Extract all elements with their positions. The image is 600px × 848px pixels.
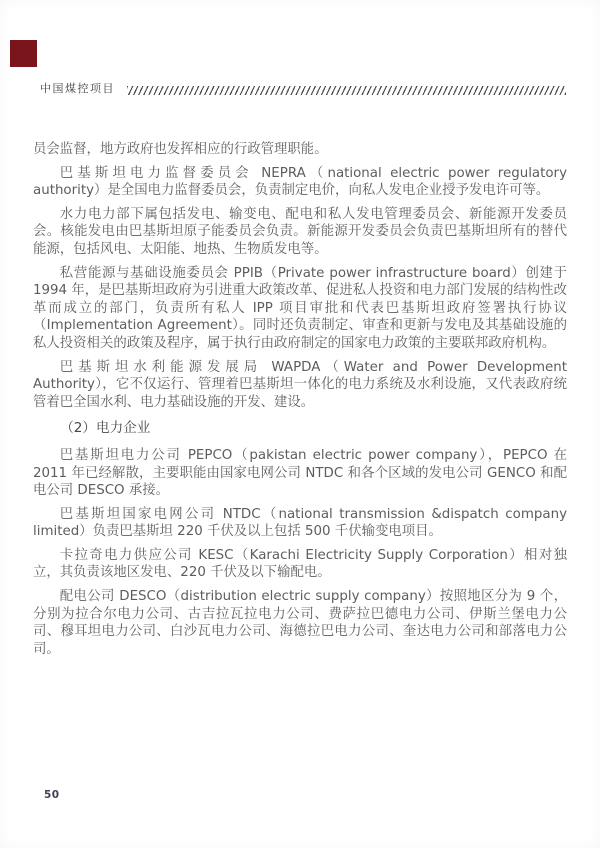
page-header: 中国煤控项目 [40,82,566,96]
paragraph-kesc: 卡拉奇电力供应公司 KESC（Karachi Electricity Suppl… [33,547,567,582]
paragraph-ministry: 水力电力部下属包括发电、输变电、配电和私人发电管理委员会、新能源开发委员会。核能… [33,206,567,259]
page-number: 50 [44,789,60,801]
paragraph-continuation: 员会监督，地方政府也发挥相应的行政管理职能。 [33,141,567,159]
header-brand-label: 中国煤控项目 [40,82,115,96]
document-page: 中国煤控项目 员会监督，地方政府也发挥相应的行政管理职能。 巴基斯坦电力监督委员… [0,0,600,848]
document-body: 员会监督，地方政府也发挥相应的行政管理职能。 巴基斯坦电力监督委员会 NEPRA… [33,141,567,664]
section-heading-power-companies: （2）电力企业 [33,420,567,438]
page-footer: 50 [44,789,60,801]
paragraph-ntdc: 巴基斯坦国家电网公司 NTDC（national transmission &d… [33,506,567,541]
paragraph-pepco: 巴基斯坦电力公司 PEPCO（pakistan electric power c… [33,447,567,500]
hatch-line-decoration [127,86,566,95]
paragraph-desco: 配电公司 DESCO（distribution electric supply … [33,588,567,658]
paragraph-wapda: 巴基斯坦水利能源发展局 WAPDA（Water and Power Develo… [33,359,567,412]
paragraph-ppib: 私营能源与基础设施委员会 PPIB（Private power infrastr… [33,265,567,353]
brand-accent-square [10,40,37,67]
paragraph-nepra: 巴基斯坦电力监督委员会 NEPRA（national electric powe… [33,165,567,200]
